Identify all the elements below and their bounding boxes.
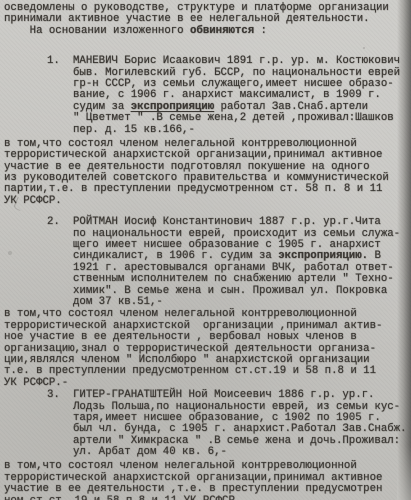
- text-line: участие в ее деятельности ,т.е. в престу…: [4, 484, 411, 495]
- text-line: УК РСФСР.-: [4, 378, 411, 389]
- charge-paragraph-3: в том,что состоял членом нелегальной кон…: [4, 461, 411, 500]
- scan-specks: [0, 0, 2, 2]
- text-segment: судим за: [73, 101, 131, 113]
- accused-item-1: 1. МАНЕВИЧ Борис Исаакович 1891 г.р. ур.…: [73, 56, 411, 136]
- text-segment: синдикалист, в 1906 г. судим за: [73, 250, 278, 262]
- accused-item-3: 3. ГИТЕР-ГРАНАТШТЕЙН Ной Моисеевич 1886 …: [73, 390, 411, 458]
- text-line: террористической анархистской организаци…: [4, 150, 411, 161]
- item-number: 1.: [47, 56, 60, 67]
- text-line: ном ст.ст. 19 и 58 п.8 и 11 УК РСФСР.: [4, 496, 411, 500]
- text-segment: На основании изложенного: [4, 25, 190, 37]
- text-segment: :: [254, 25, 267, 37]
- text-line: партии,т.е. в преступлении предусмотренн…: [4, 184, 411, 195]
- accused-bio: МАНЕВИЧ Борис Исаакович 1891 г.р. ур. м.…: [73, 56, 411, 136]
- text-line: был чл. бунда, с 1905 г. анархист.Работа…: [73, 424, 411, 435]
- text-line: ное участие в ее деятельности , вербовал…: [4, 332, 411, 343]
- text-line: На основании изложенного обвиняются :: [4, 26, 411, 37]
- text-line: УК РСФСР.: [4, 196, 411, 207]
- emphasized-text: обвиняются: [190, 25, 254, 37]
- text-line: дом 37 кв.51,-: [73, 297, 411, 308]
- text-line: пер. д. 15 кв.166,-: [73, 125, 411, 136]
- text-line: ственным исполнителем по снабжению артел…: [73, 274, 411, 285]
- text-line: ГИТЕР-ГРАНАТШТЕЙН Ной Моисеевич 1886 г.р…: [73, 390, 411, 401]
- text-line: ул. Арбат дом 40 кв. 6,-: [73, 447, 411, 458]
- item-number: 2.: [47, 217, 60, 228]
- text-segment: В: [368, 250, 381, 262]
- text-line: т.е. в преступлении предусмотренном ст.с…: [4, 366, 411, 377]
- text-segment: работал Зав.Снаб.артели: [214, 101, 368, 113]
- intro-paragraph: осведомлены о руководстве, структуре и п…: [4, 3, 411, 37]
- text-line: МАНЕВИЧ Борис Исаакович 1891 г.р. ур. м.…: [73, 56, 411, 67]
- text-line: РОЙТМАН Иосиф Константинович 1887 г.р. у…: [73, 217, 411, 228]
- accused-bio: РОЙТМАН Иосиф Константинович 1887 г.р. у…: [73, 217, 411, 308]
- accused-item-2: 2. РОЙТМАН Иосиф Константинович 1887 г.р…: [73, 217, 411, 308]
- charge-paragraph-1: в том,что состоял членом нелегальной кон…: [4, 139, 411, 207]
- accused-bio: ГИТЕР-ГРАНАТШТЕЙН Ной Моисеевич 1886 г.р…: [73, 390, 411, 458]
- item-number: 3.: [47, 390, 60, 401]
- emphasized-text: экспроприяцию: [131, 101, 214, 113]
- text-line: " Цветмет " .В семье жена,2 детей ,прожи…: [73, 113, 411, 124]
- emphasized-text: экспроприяцию.: [278, 250, 368, 262]
- charge-paragraph-2: в том,что состоял членом нелегальной кон…: [4, 309, 411, 389]
- document-page: осведомлены о руководстве, структуре и п…: [0, 0, 411, 500]
